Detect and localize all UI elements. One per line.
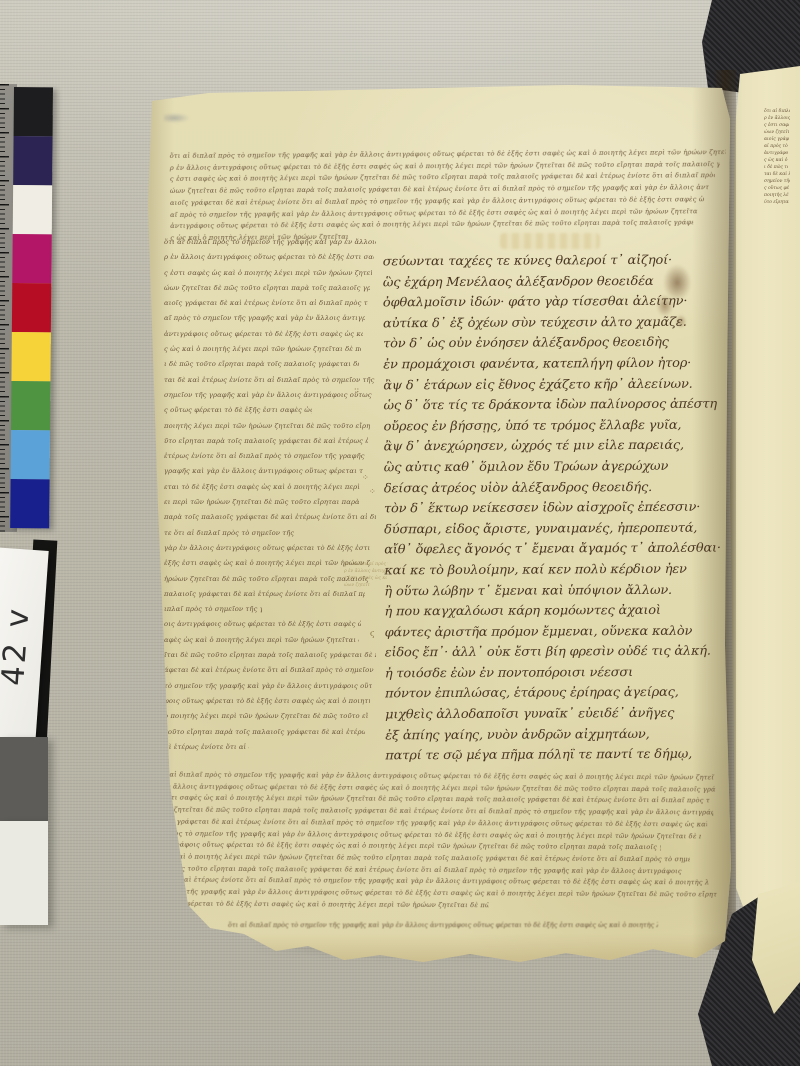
main-text-line: δύσπαρι, εἶδος ἄριστε, γυναιμανές, ἠπερο… [384,521,720,542]
main-text-line: εἶδος ἔπ᾽· ἀλλ᾽ οὐκ ἔστι βίη φρεσὶν οὐδέ… [385,644,721,665]
main-text-line: ἐξ ἀπίης γαίης, νυὸν ἀνδρῶν αἰχμητάων, [385,727,721,748]
scholia-line: ώων ζητεῖται δὲ πῶς τοῦτο εἴρηται παρὰ τ… [764,129,789,136]
scholia-line: αιοῖς γράφεται δὲ καὶ ἑτέρως ἐνίοτε ὅτι … [764,136,789,143]
scholia-line: ῦτο εἴρηται παρὰ τοῖς παλαιοῖς γράφεται … [164,434,368,449]
facing-page-edge: ὅτι αἱ διπλαῖ πρὸς τὸ σημεῖον τῆς γραφῆς… [726,66,800,952]
calibration-patch-dark-gray [0,737,48,821]
scholia-line: φοις οὕτως φέρεται τὸ δὲ ἑξῆς ἐστι σαφὲς… [164,694,370,709]
manuscript-page: ὅτι αἱ διπλαῖ πρὸς τὸ σημεῖον τῆς γραφῆς… [148,85,734,967]
scholia-line: ρ ἐν ἄλλοις ἀντιγράφοις οὕτως φέρεται τὸ… [164,250,374,265]
scholia-line: ς ἐστι σαφὲς ὡς καὶ ὁ ποιητὴς λέγει περὶ… [344,575,387,582]
scholia-line: ὅτι αἱ διπλαῖ πρὸς τὸ σημεῖον τῆς γραφῆς… [228,921,658,930]
scholia-line: ι δὲ πῶς τοῦτο εἴρηται παρὰ τοῖς παλαιοῖ… [164,357,359,372]
scholia-line: αφὲς ὡς καὶ ὁ ποιητὴς λέγει περὶ τῶν ἡρώ… [164,633,359,648]
calibration-patch-white [13,185,52,234]
calibration-patch-light-blue [11,430,50,479]
scholia-line: ς οὕτως φέρεται τὸ δὲ ἑξῆς ἐστι σαφὲς ὡς… [764,185,789,192]
scholia-line: γραφῆς καὶ γὰρ ἐν ἄλλοις ἀντιγράφοις οὕτ… [164,464,363,479]
scholia-line: αῖ πρὸς τὸ σημεῖον τῆς γραφῆς καὶ γὰρ ἐν… [764,143,789,150]
scholia-line: ἑτέρως ἐνίοτε ὅτι αἱ διπλαῖ πρὸς τὸ σημε… [164,449,365,464]
main-text-line: σεύωνται ταχέες τε κύνες θαλεροί τ᾽ αἰζη… [383,253,719,274]
scholia-line: οις ἀντιγράφοις οὕτως φέρεται τὸ δὲ ἑξῆς… [164,617,361,632]
scholia-line: ς ὡς καὶ ὁ ποιητὴς λέγει περὶ τῶν ἡρώων … [164,342,361,357]
scholia-line: ς οὕτως φέρεται τὸ δὲ ἑξῆς ἐστι σαφὲς ὡς… [156,898,489,911]
main-text-line: φάντες ἀριστῆα πρόμον ἔμμεναι, οὕνεκα κα… [385,624,721,645]
scholia-line: ἑξῆς ἐστι σαφὲς ὡς καὶ ὁ ποιητὴς λέγει π… [164,556,370,571]
scholia-line: ς ἐστι σαφὲς ὡς καὶ ὁ ποιητὴς λέγει περὶ… [164,266,372,281]
scholia-line: ἀντιγράφοις οὕτως φέρεται τὸ δὲ ἑξῆς ἐστ… [170,218,693,233]
calibration-patch-green [11,381,50,430]
scholia-line: ῦτο εἴρηται παρὰ τοῖς παλαιοῖς γράφεται … [764,199,789,206]
showthrough-ghost-line: ὅτι αἱ διπλαῖ πρὸς τὸ σημεῖον τῆς γραφῆς… [228,921,658,931]
scholia-line: ει περὶ τῶν ἡρώων ζητεῖται δὲ πῶς τοῦτο … [164,495,359,510]
main-text-line: ὀφθαλμοῖσιν ἰδών· φάτο γὰρ τίσεσθαι ἀλεί… [383,294,719,315]
scholia-line: ἡρώων ζητεῖται δὲ πῶς τοῦτο εἴρηται παρὰ… [164,572,368,587]
scholia-line: ἀντιγράφοις οὕτως φέρεται τὸ δὲ ἑξῆς ἐστ… [164,327,363,342]
calibration-patch-dark-blue [10,479,49,528]
scholia-line: ι δὲ πῶς τοῦτο εἴρηται παρὰ τοῖς παλαιοῖ… [764,164,788,171]
scholia-line: ς οὕτως φέρεται τὸ δὲ ἑξῆς ἐστι σαφὲς ὡς… [164,403,312,418]
photo-frame: ὅτι αἱ διπλαῖ πρὸς τὸ σημεῖον τῆς γραφῆς… [0,0,800,1066]
calibration-patch-black [14,87,53,136]
main-text-line: πόντον ἐπιπλώσας, ἑτάρους ἐρίηρας ἀγείρα… [385,686,721,707]
scholia-line: εται τὸ δὲ ἑξῆς ἐστι σαφὲς ὡς καὶ ὁ ποιη… [164,480,361,495]
scholia-bottom-block: ὅτι αἱ διπλαῖ πρὸς τὸ σημεῖον τῆς γραφῆς… [156,769,731,912]
critical-sign: ⁘ [362,473,369,482]
scholia-line: ὅτι αἱ διπλαῖ πρὸς τὸ σημεῖον τῆς γραφῆς… [164,235,376,250]
scholia-line: ιπλαῖ πρὸς τὸ σημεῖον τῆς γραφῆς καὶ γὰρ… [164,602,262,617]
main-text-block: σεύωνται ταχέες τε κύνες θαλεροί τ᾽ αἰζη… [383,253,722,770]
scholia-line: ώων ζητεῖται δὲ πῶς τοῦτο εἴρηται παρὰ τ… [344,582,370,589]
scholia-line: ρ ἐν ἄλλοις ἀντιγράφοις οὕτως φέρεται τὸ… [764,115,790,122]
main-text-line: αὐτίκα δ᾽ ἐξ ὀχέων σὺν τεύχεσιν ἆλτο χαμ… [383,315,719,336]
scholia-line: ται δὲ καὶ ἑτέρως ἐνίοτε ὅτι αἱ διπλαῖ π… [764,171,790,178]
scholia-line: ποιητὴς λέγει περὶ τῶν ἡρώων ζητεῖται δὲ… [764,192,789,199]
scholia-line: τε ὅτι αἱ διπλαῖ πρὸς τὸ σημεῖον τῆς γρα… [164,526,295,541]
scholia-left-column: ὅτι αἱ διπλαῖ πρὸς τὸ σημεῖον τῆς γραφῆς… [164,235,376,755]
scholia-line: γὰρ ἐν ἄλλοις ἀντιγράφοις οὕτως φέρεται … [164,541,372,556]
main-text-line: δείσας ἀτρέος υἱὸν ἀλέξανδρος θεοειδής. [384,480,720,501]
scholia-line: ς ὡς καὶ ὁ ποιητὴς λέγει περὶ τῶν ἡρώων … [764,157,788,164]
main-text-line: καί κε τὸ βουλοίμην, καί κεν πολὺ κέρδιο… [384,562,720,583]
scholia-line: ὁ ποιητὴς λέγει περὶ τῶν ἡρώων ζητεῖται … [164,709,368,724]
scholia-top-block: ὅτι αἱ διπλαῖ πρὸς τὸ σημεῖον τῆς γραφῆς… [170,147,727,245]
main-text-line: τὸν δ᾽ ὡς οὖν ἐνόησεν ἀλέξανδρος θεοειδὴ… [383,335,719,356]
calibration-patch-red [12,283,51,332]
main-text-line: οὔρεος ἐν βήσσῃς, ὑπό τε τρόμος ἔλλαβε γ… [384,418,720,439]
critical-sign: ϛ [370,629,374,638]
scholia-line: σημεῖον τῆς γραφῆς καὶ γὰρ ἐν ἄλλοις ἀντ… [764,178,790,185]
marginal-side-note: ὅτι αἱ διπλαῖ πρὸς τὸ σημεῖον τῆς γραφῆς… [344,561,388,589]
main-text-line: ἢ οὕτω λώβην τ᾽ ἔμεναι καὶ ὑπόψιον ἄλλων… [384,583,720,604]
scholia-line: αῖ πρὸς τὸ σημεῖον τῆς γραφῆς καὶ γὰρ ἐν… [164,311,365,326]
facing-page-showthrough-text: ὅτι αἱ διπλαῖ πρὸς τὸ σημεῖον τῆς γραφῆς… [764,108,790,258]
scholia-line: ποιητὴς λέγει περὶ τῶν ἡρώων ζητεῖται δὲ… [164,419,370,434]
main-text-line: ἦ που καγχαλόωσι κάρη κομόωντες ἀχαιοὶ [384,603,720,624]
main-text-line: ἂψ δ᾽ ἑτάρων εἰς ἔθνος ἐχάζετο κῆρ᾽ ἀλεε… [383,377,719,398]
scholia-line: άφεται δὲ καὶ ἑτέρως ἐνίοτε ὅτι αἱ διπλα… [164,663,374,678]
main-text-line: ἦ τοιόσδε ἐὼν ἐν ποντοπόροισι νέεσσι [385,665,721,686]
main-text-line: αἴθ᾽ ὄφελες ἄγονός τ᾽ ἔμεναι ἄγαμός τ᾽ ἀ… [384,541,720,562]
main-text-line: ἐν προμάχοισι φανέντα, κατεπλήγη φίλον ἦ… [383,356,719,377]
scholia-line: ς ἐστι σαφὲς ὡς καὶ ὁ ποιητὴς λέγει περὶ… [764,122,789,129]
critical-sign: ·: [354,385,359,394]
main-text-line: ὣς αὖτις καθ᾽ ὅμιλον ἔδυ Τρώων ἀγερώχων [384,459,720,480]
scholia-line: αιοῖς γράφεται δὲ καὶ ἑτέρως ἐνίοτε ὅτι … [164,296,368,311]
critical-sign: ⁘ [369,487,376,496]
folio-label-text: 42 v [0,605,37,687]
scholia-line: ται δὲ καὶ ἑτέρως ἐνίοτε ὅτι αἱ διπλαῖ π… [164,373,376,388]
scholia-line: ρ ἐν ἄλλοις ἀντιγράφοις οὕτως φέρεται τὸ… [344,568,388,575]
main-text-line: τὸν δ᾽ ἕκτωρ νείκεσσεν ἰδὼν αἰσχροῖς ἐπέ… [384,500,720,521]
main-text-line: ὡς δ᾽ ὅτε τίς τε δράκοντα ἰδὼν παλίνορσο… [383,397,719,418]
scholia-line: σημεῖον τῆς γραφῆς καὶ γὰρ ἐν ἄλλοις ἀντ… [164,388,374,403]
main-text-line: ὣς ἐχάρη Μενέλαος ἀλέξανδρον θεοειδέα [383,274,719,295]
color-calibration-bar [10,87,53,528]
scholia-line: τὸ σημεῖον τῆς γραφῆς καὶ γὰρ ἐν ἄλλοις … [164,679,372,694]
scholia-line: παλαιοῖς γράφεται δὲ καὶ ἑτέρως ἐνίοτε ὅ… [164,587,365,602]
calibration-patch-yellow [11,332,50,381]
scholia-line: ώων ζητεῖται δὲ πῶς τοῦτο εἴρηται παρὰ τ… [164,281,370,296]
calibration-patch-dark-navy [13,136,52,185]
scholia-line: ὅτι αἱ διπλαῖ πρὸς τὸ σημεῖον τῆς γραφῆς… [344,561,388,568]
scholia-line: παρὰ τοῖς παλαιοῖς γράφεται δὲ καὶ ἑτέρω… [164,510,376,525]
main-text-line: ἂψ δ᾽ ἀνεχώρησεν, ὦχρός τέ μιν εἷλε παρε… [384,438,720,459]
faint-folio-number-mark [164,113,190,123]
main-text-line: πατρί τε σῷ μέγα πῆμα πόληΐ τε παντί τε … [385,747,721,768]
scholia-line: τοῦτο εἴρηται παρὰ τοῖς παλαιοῖς γράφετα… [164,725,365,740]
scholia-line: ἀντιγράφοις οὕτως φέρεται τὸ δὲ ἑξῆς ἐστ… [764,150,788,157]
scholia-line: ῖται δὲ πῶς τοῦτο εἴρηται παρὰ τοῖς παλα… [164,648,376,663]
scholia-line: ὅτι αἱ διπλαῖ πρὸς τὸ σημεῖον τῆς γραφῆς… [764,108,790,115]
calibration-patch-magenta [12,234,51,283]
scholia-line: αὶ ἑτέρως ἐνίοτε ὅτι αἱ διπλαῖ πρὸς τὸ σ… [164,740,249,755]
calibration-patch-off-white [0,821,48,925]
main-text-line: μιχθεὶς ἀλλοδαποῖσι γυναῖκ᾽ εὐειδέ᾽ ἀνῆγ… [385,706,721,727]
